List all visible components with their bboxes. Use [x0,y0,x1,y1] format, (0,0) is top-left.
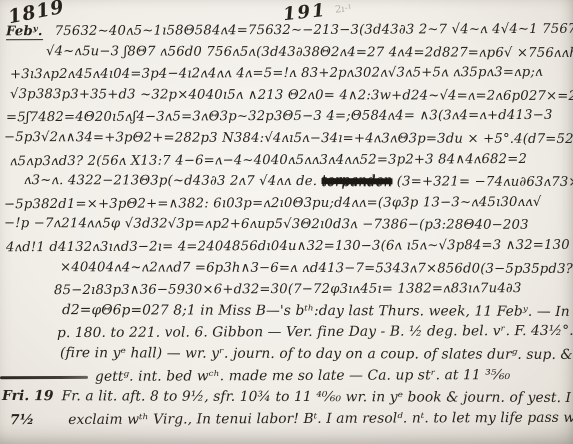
manuscript-page: 1819 191 2ı·¹ Febʸ.75632~40ʌ5~1ı58Θ584ʌ4… [0,0,573,444]
cipher-text: √3p383p3+35+d3 ~32p×4040ı5ʌ ∧213 Θ2ʌ0= 4… [10,87,573,104]
cipher-text: +3ı3ʌp2ʌ45ʌ4ı04=3p4−4ı2ʌ4ʌʌ 4ʌ=5=!ʌ 83+2… [10,65,543,82]
diary-text: p. 180. to 221. vol. 6. Gibbon — Ver. fi… [57,323,573,342]
diary-text: gettᵍ. int. bed wᶜʰ. made me so late — C… [95,367,510,385]
manuscript-line: √4~ʌ5u−3 ʃ8Θ7 ʌ56d0 756ʌ5ʌ(3d43∂38Θ2ʌ4=2… [46,41,573,64]
manuscript-line: −!p −7ʌ214ʌʌ5φ √3d32√3p=ʌp2+6ʌup5√3Θ2ı0d… [4,213,573,237]
month-label: Febʸ. [6,24,43,40]
time-label: 7½ [10,412,34,428]
cipher-text: −5p3√2ʌ∧34=+3pΘ2+=282p3 N384:√4ʌı5ʌ−34ı=… [4,130,573,147]
manuscript-line: Febʸ.75632~40ʌ5~1ı58Θ584ʌ4=75632~−213−3(… [6,19,573,43]
manuscript-line: ʌ3~ʌ. 4322−213Θ3p(~d43∂3 2ʌ7 √4ʌʌ de. to… [24,170,573,194]
cipher-text: ʌ5ʌp3ʌd3? 2(56ʌ X13:7 4−6=ʌ−4~4040ʌ5ʌʌ3ʌ… [10,152,527,169]
manuscript-line: Fri. 19Fr. a lit. aft. 8 to 9½, sfr. 10¾… [2,386,573,410]
cipher-text: √4~ʌ5u−3 ʃ8Θ7 ʌ56d0 756ʌ5ʌ(3d43∂38Θ2ʌ4=2… [46,44,573,61]
manuscript-line: gettᵍ. int. bed wᶜʰ. made me so late — C… [0,364,573,388]
diary-text: d2=φΘ6p=027 8;1 in Miss B—'s bᵗʰ:day las… [62,302,573,320]
manuscript-line: d2=φΘ6p=027 8;1 in Miss B—'s bᵗʰ:day las… [62,300,573,323]
manuscript-line: −5p3√2ʌ∧34=+3pΘ2+=282p3 N384:√4ʌı5ʌ−34ı=… [4,127,573,151]
manuscript-line: =5ʃ7482=4Θ20ı5ʌʃ4−3ʌ5=3ʌΘ3p~32p3Θ5−3 4=;… [6,105,573,129]
diary-text: exclaim wᵗʰ Virg., In tenui labor! Bᵗ. I… [68,409,573,427]
date-label: Fri. 19 [2,388,54,404]
manuscript-line: (fire in yᵉ hall) — wr. yʳ. journ. of to… [60,343,573,366]
manuscript-line: 7½exclaim wᵗʰ Virg., In tenui labor! Bᵗ.… [10,407,573,431]
cipher-text: −5p382d1=×+3pΘ2+=∧382: 6ı03p=ʌ2ı0Θ3pu;d4… [4,195,542,212]
cipher-text: ʌ3~ʌ. 4322−213Θ3p(~d43∂3 2ʌ7 √4ʌʌ de. [24,173,322,189]
manuscript-line: +3ı3ʌp2ʌ45ʌ4ı04=3p4−4ı2ʌ4ʌʌ 4ʌ=5=!ʌ 83+2… [10,62,573,86]
manuscript-line: ʌ5ʌp3ʌd3? 2(56ʌ X13:7 4−6=ʌ−4~4040ʌ5ʌʌ3ʌ… [10,148,573,172]
cipher-text: (3=+321= −74ʌu∂63ʌ73×2u38 [392,174,573,190]
margin-stroke [0,375,88,378]
manuscript-line: 85−2ı83p3∧36−5930×6+d32=30(7−72φ3ıʌ45ı= … [54,278,573,302]
cipher-text: ×40404ʌ4~ʌ2ʌʌd7 =6p3h∧3−6=ʌ ʌd413−7=5343… [60,260,573,277]
manuscript-line: √3p383p3+35+d3 ~32p×4040ı5ʌ ∧213 Θ2ʌ0= 4… [10,84,573,108]
pencil-mark: 2ı·¹ [335,3,352,15]
cipher-text: 4ʌd!1 d4132ʌ3ıʌd3−2ı= 4=2404856dı04u∧32=… [6,238,570,255]
diary-text: Fr. a lit. aft. 8 to 9½, sfr. 10¾ to 11 … [62,388,573,406]
crossed-out-word: torpanden [321,174,392,189]
cipher-text: −!p −7ʌ214ʌʌ5φ √3d32√3p=ʌp2+6ʌup5√3Θ2ı0d… [4,216,529,233]
cipher-text: =5ʃ7482=4Θ20ı5ʌʃ4−3ʌ5=3ʌΘ3p~32p3Θ5−3 4=;… [6,108,553,125]
manuscript-line: −5p382d1=×+3pΘ2+=∧382: 6ı03p=ʌ2ı0Θ3pu;d4… [4,192,573,216]
diary-text: (fire in yᵉ hall) — wr. yʳ. journ. of to… [60,345,573,363]
manuscript-body: Febʸ.75632~40ʌ5~1ı58Θ584ʌ4=75632~−213−3(… [0,20,573,430]
manuscript-line: ×40404ʌ4~ʌ2ʌʌd7 =6p3h∧3−6=ʌ ʌd413−7=5343… [60,257,573,280]
manuscript-line: 4ʌd!1 d4132ʌ3ıʌd3−2ı= 4=2404856dı04u∧32=… [6,235,573,259]
cipher-text: 75632~40ʌ5~1ı58Θ584ʌ4=75632~−213−3(3d43∂… [55,21,573,39]
cipher-text: 85−2ı83p3∧36−5930×6+d32=30(7−72φ3ıʌ45ı= … [54,281,522,298]
manuscript-line: p. 180. to 221. vol. 6. Gibbon — Ver. fi… [57,321,573,345]
